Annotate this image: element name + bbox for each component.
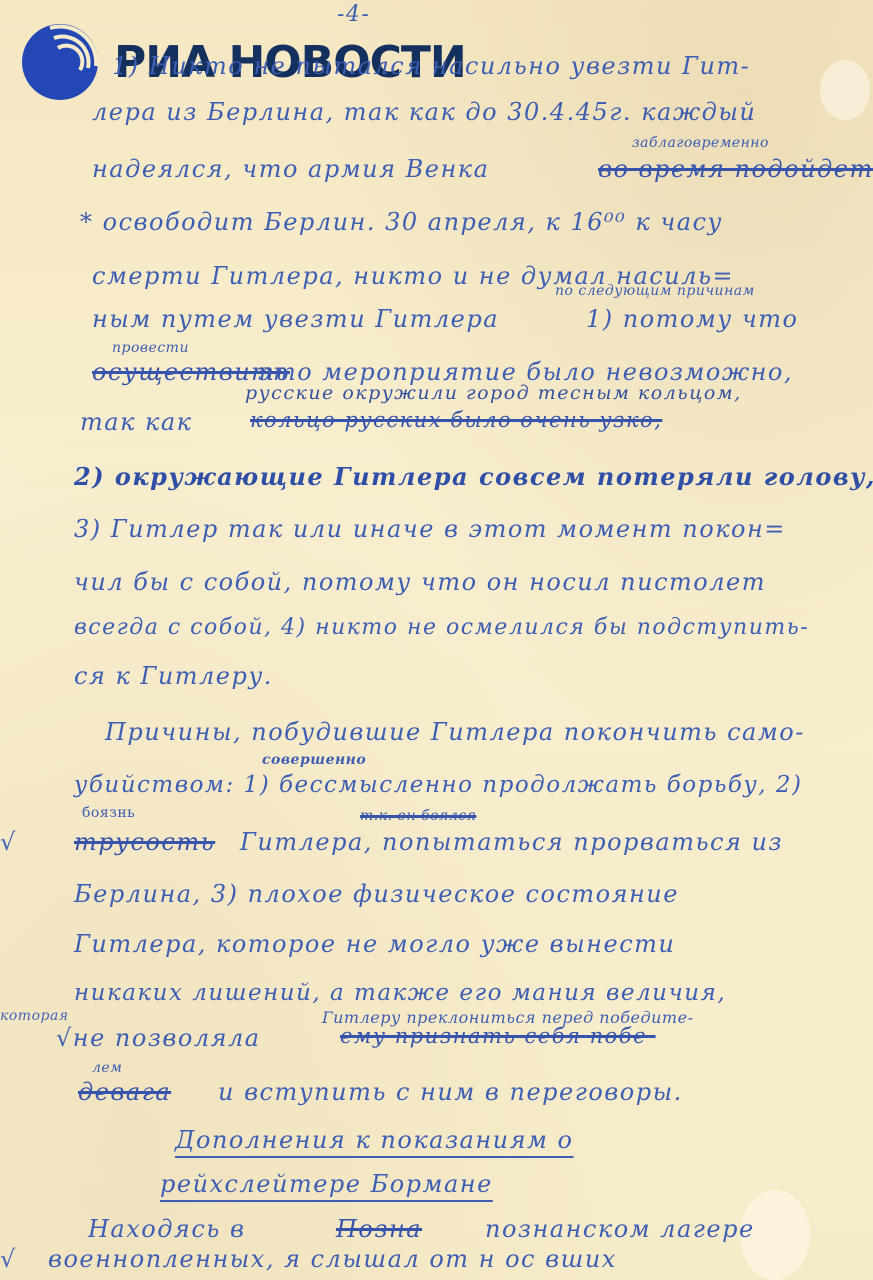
insertion-text: лем [92,1060,122,1076]
text-line: 2) окружающие Гитлера совсем потеряли го… [74,462,873,491]
text-line: лера из Берлина, так как до 30.4.45г. ка… [92,98,756,126]
text-line: 1) потому что [586,305,798,333]
struck-text: во время подойдет [598,155,873,183]
text-line: 1) Никто не пытался насильно увезти Гит- [112,52,750,80]
section-heading: рейхслейтере Бормане [160,1170,493,1198]
text-line: надеялся, что армия Венка [92,155,489,183]
text-line: Гитлера, попытаться прорваться из [240,828,783,856]
text-line: убийством: 1) бессмысленно продолжать бо… [74,772,802,798]
text-line: никаких лишений, а также его мания велич… [74,980,726,1006]
struck-text: трусость [74,828,215,856]
text-line: * освободит Берлин. 30 апреля, к 16⁰⁰ к … [80,208,723,236]
insertion-text: провести [112,340,189,356]
ria-novosti-globe-icon [20,22,100,102]
insertion-text: русские окружили город тесным кольцом, [245,382,742,404]
text-line: Причины, побудившие Гитлера покончить са… [105,718,805,746]
text-line: Гитлера, которое не могло уже вынести [74,930,675,958]
insertion-text: заблаговременно [632,135,769,151]
struck-text: девага [78,1078,171,1106]
text-line: ным путем увезти Гитлера [92,305,499,333]
text-line: так как [80,408,193,436]
margin-insertion: боязнь [82,805,135,821]
page-number: -4- [337,2,370,27]
text-line: чил бы с собой, потому что он носил пист… [74,568,766,596]
paper-stain [820,60,870,120]
text-line: √не позволяла [56,1024,261,1052]
text-line: познанском лагере [485,1215,755,1243]
text-line: ся к Гитлеру. [74,662,273,690]
insertion-text: совершенно [262,752,366,768]
text-line: 3) Гитлер так или иначе в этот момент по… [74,515,786,543]
text-line: и вступить с ним в переговоры. [218,1078,683,1106]
text-line: всегда с собой, 4) никто не осмелился бы… [74,615,809,640]
struck-insertion: т.к. он боялся [360,808,476,824]
text-line: военнопленных, я слышал от н ос вших [48,1245,617,1273]
check-mark-icon: √ [0,828,17,856]
text-line: Находясь в [88,1215,245,1243]
struck-text: кольцо русских было очень узко, [250,408,662,432]
section-heading: Дополнения к показаниям о [175,1126,573,1154]
margin-insertion: которая [0,1008,69,1024]
text-line: Берлина, 3) плохое физическое состояние [74,880,679,908]
struck-text: ему признать себя побе- [340,1024,656,1048]
check-mark-icon: √ [0,1245,17,1273]
insertion-text: по следующим причинам [555,283,755,299]
struck-text: Позна [336,1215,422,1243]
